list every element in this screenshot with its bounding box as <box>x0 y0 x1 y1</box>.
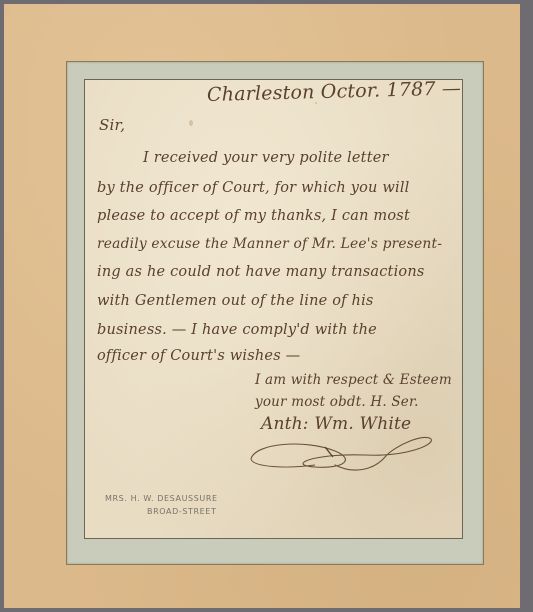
closing-line: your most obdt. H. Ser. <box>255 394 419 410</box>
address-note-line-2: BROAD-STREET <box>147 507 216 516</box>
letter-line: ing as he could not have many transactio… <box>97 264 425 280</box>
letter-line: by the officer of Court, for which you w… <box>97 180 410 196</box>
letter-line: I received your very polite letter <box>143 150 389 166</box>
signature: Anth: Wm. White <box>261 414 411 434</box>
dateline: Charleston Octor. 1787 — <box>207 77 462 106</box>
letter-line: please to accept of my thanks, I can mos… <box>97 208 410 224</box>
paper-stain <box>189 120 193 126</box>
letter-line: readily excuse the Manner of Mr. Lee's p… <box>97 236 442 252</box>
letter-line: business. — I have comply'd with the <box>97 322 377 338</box>
address-note-line-1: MRS. H. W. DESAUSSURE <box>105 494 218 503</box>
signature-flourish-icon <box>245 435 445 475</box>
letter-paper: Charleston Octor. 1787 — Sir, I received… <box>84 79 463 539</box>
letter-line: with Gentlemen out of the line of his <box>97 293 374 309</box>
closing-line: I am with respect & Esteem <box>255 372 452 388</box>
letter-line: officer of Court's wishes — <box>97 348 300 364</box>
salutation: Sir, <box>99 116 125 134</box>
